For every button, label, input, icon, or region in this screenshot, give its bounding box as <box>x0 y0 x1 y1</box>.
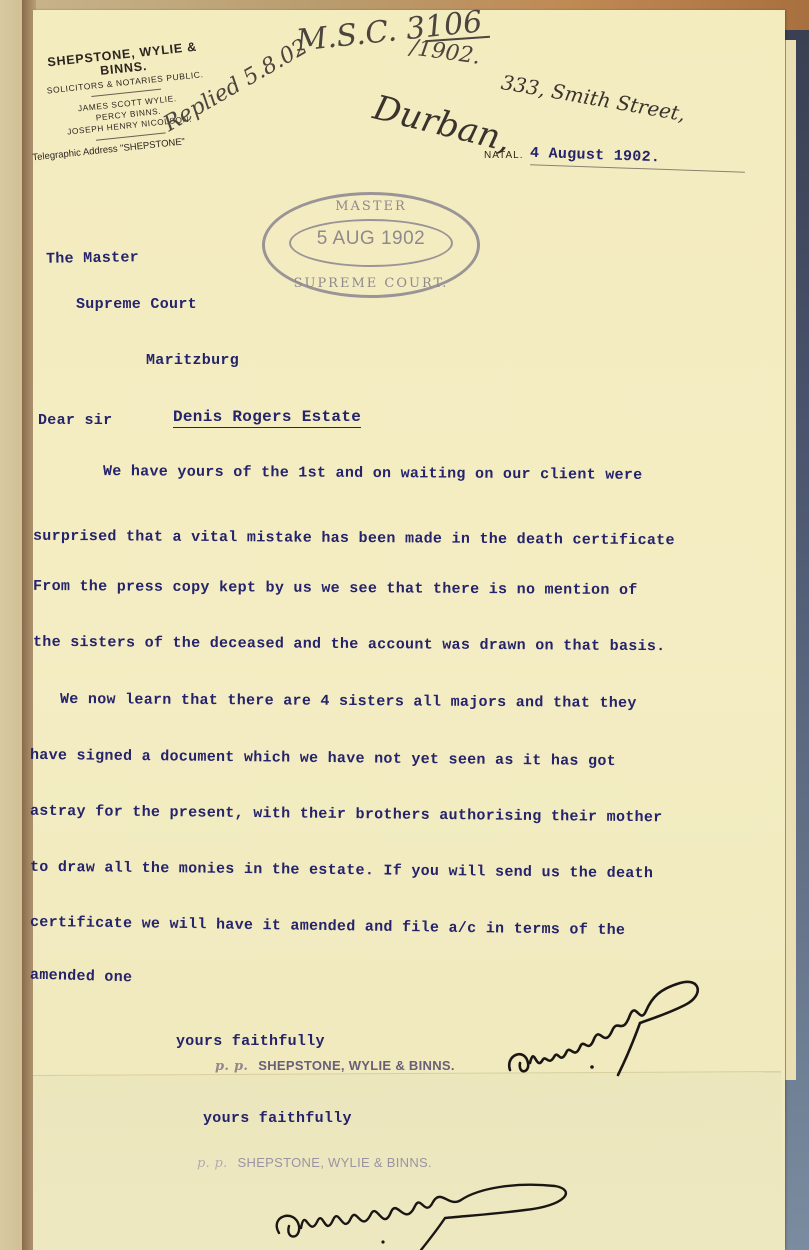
closing-text: yours faithfully <box>176 1033 325 1050</box>
closing-text-copy: yours faithfully <box>203 1110 352 1127</box>
addressee-line-2: Supreme Court <box>76 296 197 313</box>
firm-stamp-copy: p. p.SHEPSTONE, WYLIE & BINNS. <box>197 1155 432 1171</box>
salutation: Dear sir <box>38 412 112 429</box>
body-line: amended one <box>30 967 133 987</box>
underlying-sheet-edge <box>785 40 796 1080</box>
stamp-top-text: MASTER <box>265 199 477 214</box>
stamp-bottom-text: SUPREME COURT. <box>265 276 477 291</box>
firm-stamp-text: SHEPSTONE, WYLIE & BINNS. <box>238 1155 432 1170</box>
per-procurationem-mark: p. p. <box>197 1156 228 1171</box>
firm-stamp: p. p.SHEPSTONE, WYLIE & BINNS. <box>215 1058 455 1074</box>
master-supreme-court-stamp: MASTER 5 AUG 1902 SUPREME COURT. <box>262 192 480 298</box>
firm-stamp-text: SHEPSTONE, WYLIE & BINNS. <box>258 1058 455 1073</box>
letterhead-province: NATAL. <box>484 150 524 161</box>
addressee-line-3: Maritzburg <box>146 352 239 369</box>
signature <box>500 975 710 1085</box>
subject-line: Denis Rogers Estate <box>173 408 361 428</box>
signature-copy <box>265 1178 585 1250</box>
stamp-date: 5 AUG 1902 <box>265 228 477 250</box>
addressee-line-1: The Master <box>46 249 139 268</box>
per-procurationem-mark: p. p. <box>215 1059 248 1074</box>
